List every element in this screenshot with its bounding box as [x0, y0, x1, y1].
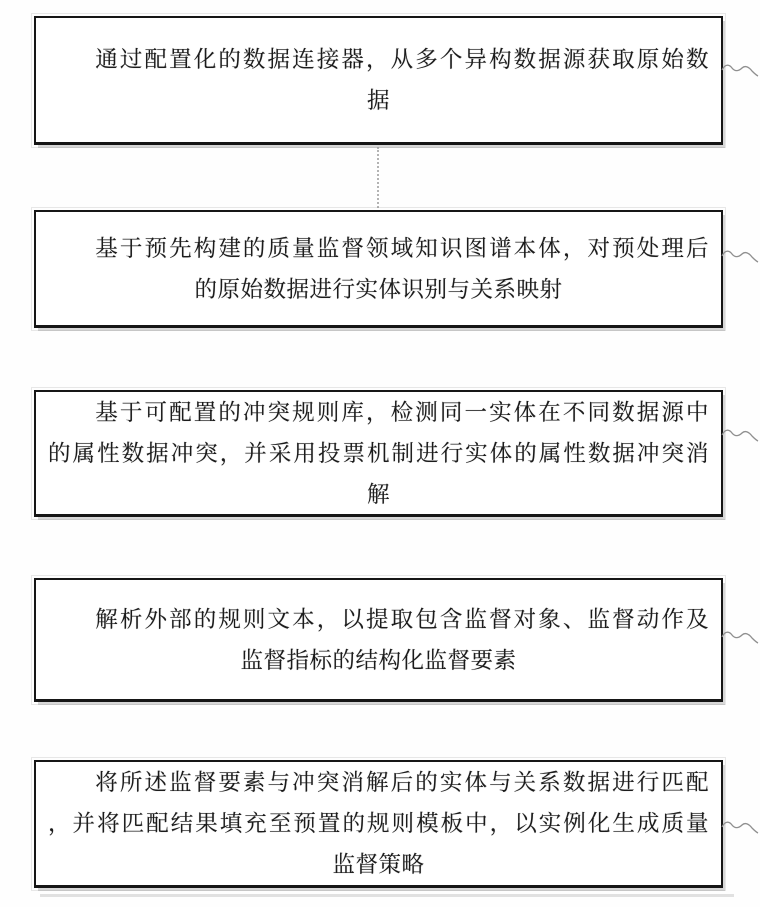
- flow-step-4-text-line: 监督指标的结构化监督要素: [48, 640, 709, 681]
- flow-step-1-text-line: 据: [48, 80, 709, 121]
- flow-step-3-text-line: 基于可配置的冲突规则库，检测同一实体在不同数据源中: [48, 392, 709, 433]
- reference-leader-squiggle-icon: [721, 817, 759, 839]
- flow-step-1-text-line: 通过配置化的数据连接器，从多个异构数据源获取原始数: [48, 39, 709, 80]
- flow-step-4-box: 解析外部的规则文本，以提取包含监督对象、监督动作及 监督指标的结构化监督要素: [34, 578, 723, 702]
- patent-flowchart-figure: 通过配置化的数据连接器，从多个异构数据源获取原始数 据 基于预先构建的质量监督领…: [0, 0, 760, 907]
- flow-step-2-text-line: 的原始数据进行实体识别与关系映射: [48, 269, 709, 310]
- flow-step-5-text-line: ，并将匹配结果填充至预置的规则模板中，以实例化生成质量: [48, 803, 709, 844]
- flow-step-5-box: 将所述监督要素与冲突消解后的实体与关系数据进行匹配 ，并将匹配结果填充至预置的规…: [34, 760, 723, 888]
- flow-step-5-text-line: 监督策略: [48, 844, 709, 885]
- flow-step-4-text-line: 解析外部的规则文本，以提取包含监督对象、监督动作及: [48, 599, 709, 640]
- reference-leader-squiggle-icon: [721, 627, 759, 649]
- reference-leader-squiggle-icon: [721, 60, 759, 82]
- flow-step-3-text-line: 的属性数据冲突，并采用投票机制进行实体的属性数据冲突消: [48, 433, 709, 474]
- flow-step-3-text-line: 解: [48, 474, 709, 515]
- reference-leader-squiggle-icon: [721, 246, 759, 268]
- scan-shadow-line: [40, 894, 734, 897]
- flow-step-2-box: 基于预先构建的质量监督领域知识图谱本体，对预处理后 的原始数据进行实体识别与关系…: [34, 210, 723, 328]
- flow-step-3-box: 基于可配置的冲突规则库，检测同一实体在不同数据源中 的属性数据冲突，并采用投票机…: [34, 390, 723, 517]
- flow-step-5-text-line: 将所述监督要素与冲突消解后的实体与关系数据进行匹配: [48, 762, 709, 803]
- reference-leader-squiggle-icon: [721, 425, 759, 447]
- flow-step-1-box: 通过配置化的数据连接器，从多个异构数据源获取原始数 据: [34, 16, 723, 145]
- connector-line-step1-step2: [377, 147, 379, 208]
- flow-step-2-text-line: 基于预先构建的质量监督领域知识图谱本体，对预处理后: [48, 228, 709, 269]
